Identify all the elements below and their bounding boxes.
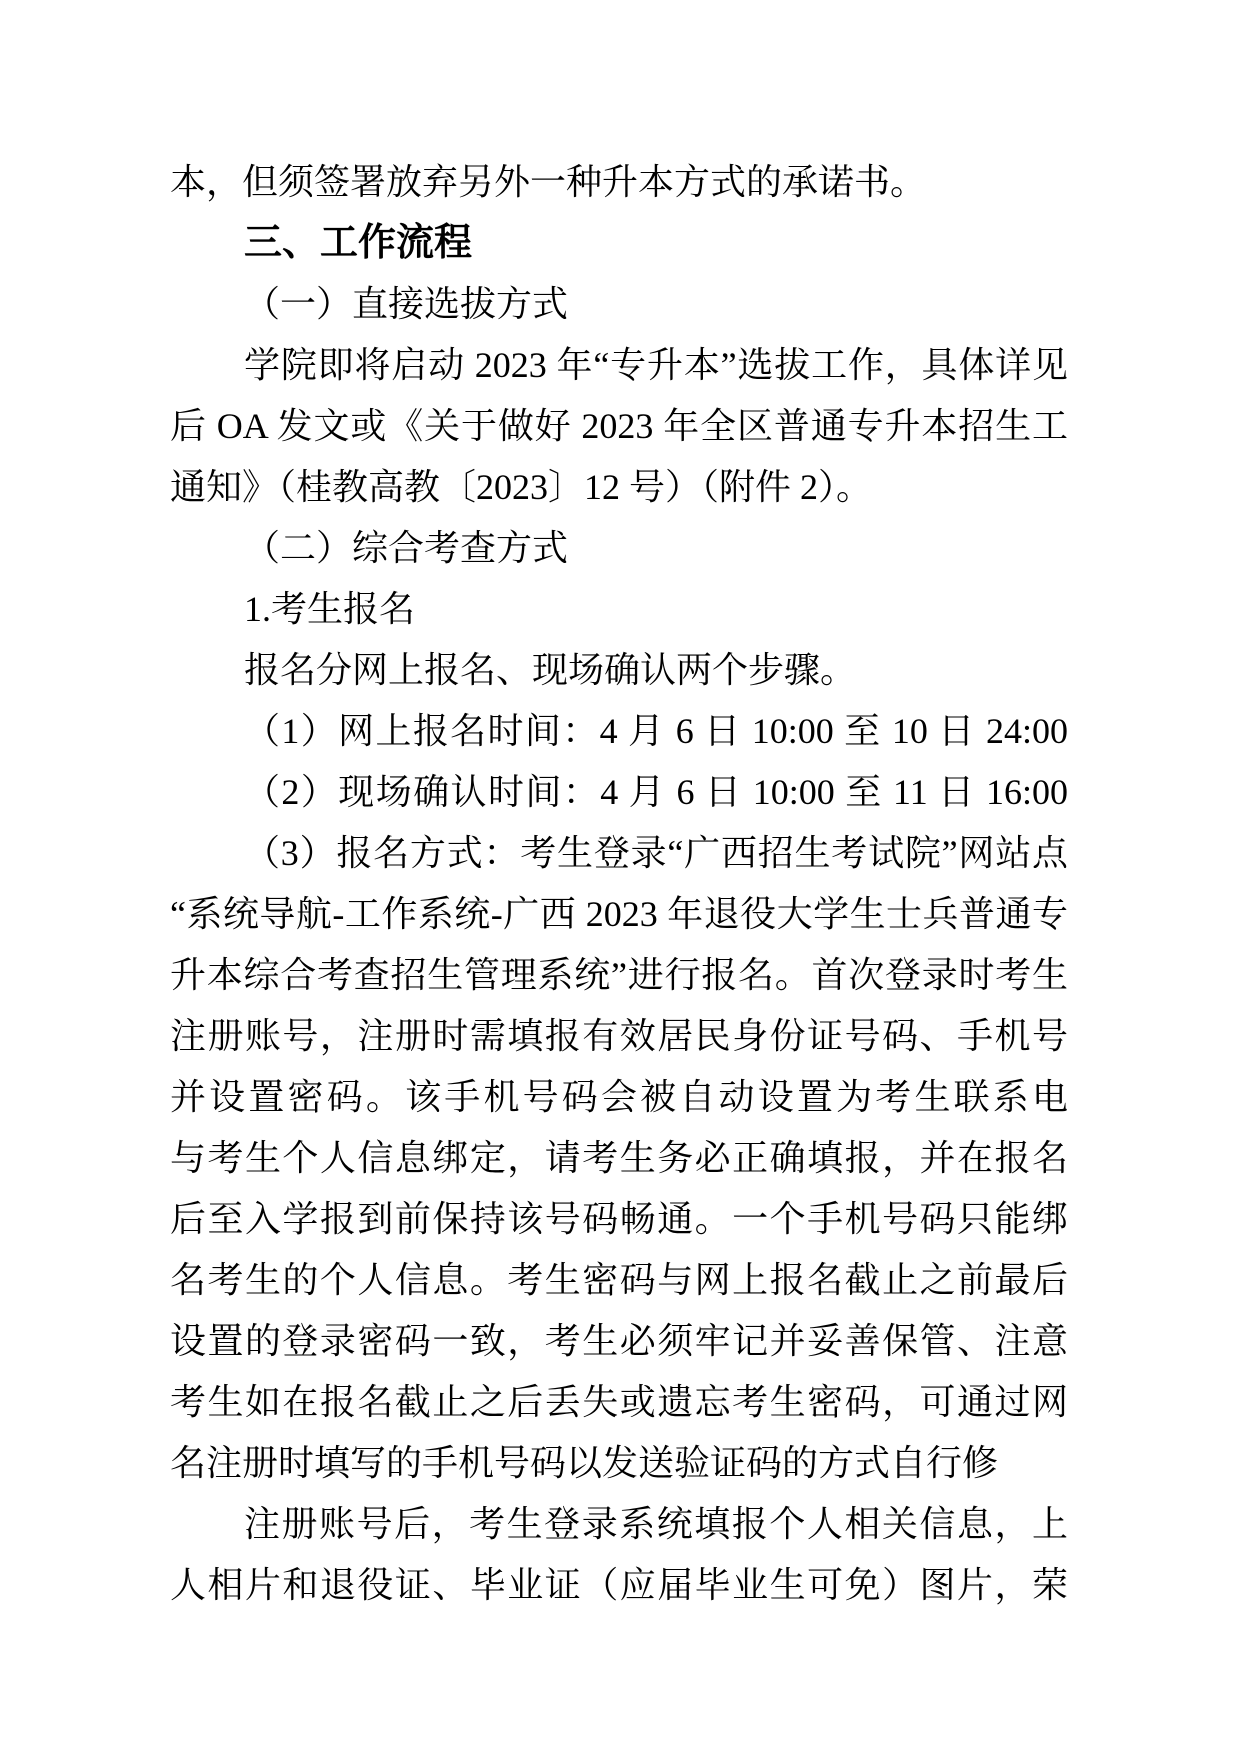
doc-line: 与考生个人信息绑定，请考生务必正确填报，并在报名结束 [170,1128,1068,1189]
document-body: 本，但须签署放弃另外一种升本方式的承诺书。 三、工作流程 （一）直接选拔方式 学… [170,152,1068,1616]
doc-line: （1）网上报名时间：4 月 6 日 10:00 至 10 日 24:00 [170,701,1068,762]
doc-line: 报名分网上报名、现场确认两个步骤。 [170,640,1068,701]
doc-line: 设置的登录密码一致，考生必须牢记并妥善保管、注意保密。 [170,1311,1068,1372]
subsection-title: （二）综合考查方式 [170,518,1068,579]
doc-line: 名考生的个人信息。考生密码与网上报名截止之前最后一次 [170,1250,1068,1311]
doc-line: 注册账号，注册时需填报有效居民身份证号码、手机号码， [170,1006,1068,1067]
list-item-title: 1.考生报名 [170,579,1068,640]
doc-line: 考生如在报名截止之后丢失或遗忘考生密码，可通过网上报 [170,1372,1068,1433]
doc-line: （3）报名方式：考生登录“广西招生考试院”网站点击 [170,823,1068,884]
doc-line: 学院即将启动 2023 年“专升本”选拔工作，具体详见之 [170,335,1068,396]
document-page: 本，但须签署放弃另外一种升本方式的承诺书。 三、工作流程 （一）直接选拔方式 学… [0,0,1240,1753]
doc-line: 后至入学报到前保持该号码畅通。一个手机号码只能绑定一 [170,1189,1068,1250]
doc-line: 本，但须签署放弃另外一种升本方式的承诺书。 [170,152,1068,213]
doc-line: 名注册时填写的手机号码以发送验证码的方式自行修改。 [170,1433,1068,1494]
doc-line: 人相片和退役证、毕业证（应届毕业生可免）图片，荣立三 [170,1555,1068,1616]
doc-line: 后 OA 发文或《关于做好 2023 年全区普通专升本招生工作的 [170,396,1068,457]
doc-line: “系统导航-工作系统-广西 2023 年退役大学生士兵普通专 [170,884,1068,945]
section-heading: 三、工作流程 [170,213,1068,274]
doc-line: 升本综合考查招生管理系统”进行报名。首次登录时考生需 [170,945,1068,1006]
doc-line: 并设置密码。该手机号码会被自动设置为考生联系电话，并 [170,1067,1068,1128]
doc-line: 注册账号后，考生登录系统填报个人相关信息，上传个 [170,1494,1068,1555]
doc-line: （2）现场确认时间：4 月 6 日 10:00 至 11 日 16:00 [170,762,1068,823]
subsection-title: （一）直接选拔方式 [170,274,1068,335]
doc-line: 通知》（桂教高教〔2023〕12 号）（附件 2）。 [170,457,1068,518]
